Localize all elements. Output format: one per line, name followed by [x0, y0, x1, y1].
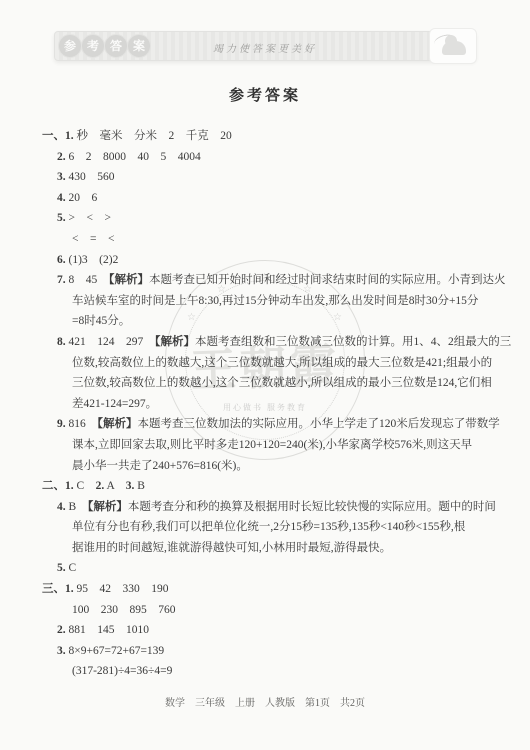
- answer-line: 9. 816 【解析】本题考查三位数加法的实际应用。小华上学走了120米后发现忘…: [0, 414, 530, 435]
- answer-text: 秒 毫米 分米 2 千克 20: [74, 130, 232, 142]
- answer-line: 5. > < >: [0, 208, 530, 229]
- answer-line: 4. B 【解析】本题考查分和秒的换算及根据用时长短比较快慢的实际应用。题中的时…: [0, 497, 530, 518]
- answer-text: > < >: [66, 212, 111, 224]
- answer-text: 本题考查已知开始时间和经过时间求结束时间的实际应用。小青到达火: [149, 274, 506, 286]
- answer-item-number: 5.: [57, 562, 66, 574]
- answer-text: 车站候车室的时间是上午8:30,再过15分钟动车出发,那么出发时间是8时30分+…: [72, 295, 478, 307]
- answer-line: < = <: [0, 229, 530, 250]
- answer-line: 单位有分也有秒,我们可以把单位化统一,2分15秒=135秒,135秒<140秒<…: [0, 517, 530, 538]
- answers: 一、1. 秒 毫米 分米 2 千克 202. 6 2 8000 40 5 400…: [0, 126, 530, 682]
- answer-text: 三位数,较高数位上的数越小,这个三位数就越小,所以组成的最小三位数是124,它们…: [72, 377, 492, 389]
- answer-text: B: [134, 480, 145, 492]
- answer-text: 20 6: [66, 192, 98, 204]
- answer-item-number: 6.: [57, 254, 66, 266]
- answer-line: 三、1. 95 42 330 190: [0, 579, 530, 600]
- header-banner: 参考答案 竭力使答案更美好: [54, 31, 476, 61]
- answer-line: 2. 881 145 1010: [0, 620, 530, 641]
- answer-item-number: 9.: [57, 418, 66, 430]
- answer-text: C: [74, 480, 96, 492]
- answer-line: 位数,较高数位上的数越大,这个三位数就越大,所以组成的最大三位数是421;组最小…: [0, 353, 530, 374]
- cloud-corner-box: [429, 28, 477, 64]
- answer-line: =8时45分。: [0, 311, 530, 332]
- answer-line: 三位数,较高数位上的数越小,这个三位数就越小,所以组成的最小三位数是124,它们…: [0, 373, 530, 394]
- answer-line: 7. 8 45 【解析】本题考查已知开始时间和经过时间求结束时间的实际应用。小青…: [0, 270, 530, 291]
- answer-item-number: 4.: [57, 192, 66, 204]
- answer-text: 晨小华一共走了240+576=816(米)。: [72, 460, 248, 472]
- answer-text: 本题考查组数和三位数减三位数的计算。用1、4、2组最大的三: [195, 336, 511, 348]
- answer-item-number: 2.: [57, 624, 66, 636]
- answer-line: 100 230 895 760: [0, 600, 530, 621]
- answer-line: 晨小华一共走了240+576=816(米)。: [0, 456, 530, 477]
- answer-line: 5. C: [0, 558, 530, 579]
- answer-line: 据谁用的时间越短,谁就游得越快可知,小林用时最短,游得最快。: [0, 538, 530, 559]
- answer-line: 3. 430 560: [0, 167, 530, 188]
- answer-text: 881 145 1010: [66, 624, 149, 636]
- answer-item-number: 3.: [57, 171, 66, 183]
- answer-text: 95 42 330 190: [74, 583, 169, 595]
- answer-text: 据谁用的时间越短,谁就游得越快可知,小林用时最短,游得最快。: [72, 542, 391, 554]
- answer-text: 816: [66, 418, 98, 430]
- answer-item-number: 【解析】: [88, 501, 128, 513]
- answer-text: 本题考查三位数加法的实际应用。小华上学走了120米后发现忘了带数学: [138, 418, 500, 430]
- answer-text: 课本,立即回家去取,则比平时多走120+120=240(米),小华家离学校576…: [72, 439, 472, 451]
- answer-text: 430 560: [66, 171, 115, 183]
- answer-line: 8. 421 124 297 【解析】本题考查组数和三位数减三位数的计算。用1、…: [0, 332, 530, 353]
- answer-item-number: 二、1.: [42, 480, 74, 492]
- answer-text: =8时45分。: [72, 315, 130, 327]
- answer-item-number: 三、1.: [42, 583, 74, 595]
- answer-line: 4. 20 6: [0, 188, 530, 209]
- answer-line: 一、1. 秒 毫米 分米 2 千克 20: [0, 126, 530, 147]
- answer-item-number: 5.: [57, 212, 66, 224]
- answer-item-number: 2.: [57, 151, 66, 163]
- answer-text: 6 2 8000 40 5 4004: [66, 151, 201, 163]
- answer-line: (317-281)÷4=36÷4=9: [0, 661, 530, 682]
- answer-item-number: 3.: [57, 645, 66, 657]
- answer-text: 位数,较高数位上的数越大,这个三位数就越大,所以组成的最大三位数是421;组最小…: [72, 357, 492, 369]
- answer-line: 课本,立即回家去取,则比平时多走120+120=240(米),小华家离学校576…: [0, 435, 530, 456]
- answer-item-number: 2.: [96, 480, 105, 492]
- answer-text: 单位有分也有秒,我们可以把单位化统一,2分15秒=135秒,135秒<140秒<…: [72, 521, 465, 533]
- answer-line: 二、1. C 2. A 3. B: [0, 476, 530, 497]
- answer-text: < = <: [72, 233, 114, 245]
- answer-item-number: 【解析】: [155, 336, 195, 348]
- answer-text: 100 230 895 760: [72, 604, 176, 616]
- answer-item-number: 一、1.: [42, 130, 74, 142]
- answer-text: A: [104, 480, 125, 492]
- answer-text: 差421-124=297。: [72, 398, 157, 410]
- answer-text: 421 124 297: [66, 336, 155, 348]
- answer-line: 差421-124=297。: [0, 394, 530, 415]
- answer-item-number: 4.: [57, 501, 66, 513]
- header-slogan: 竭力使答案更美好: [55, 40, 475, 55]
- answer-text: 8 45: [66, 274, 109, 286]
- answer-line: 6. (1)3 (2)2: [0, 250, 530, 271]
- answer-item-number: 【解析】: [97, 418, 137, 430]
- answer-item-number: 【解析】: [109, 274, 149, 286]
- cloud-icon: [442, 41, 466, 55]
- answer-line: 2. 6 2 8000 40 5 4004: [0, 147, 530, 168]
- answer-item-number: 7.: [57, 274, 66, 286]
- answer-line: 车站候车室的时间是上午8:30,再过15分钟动车出发,那么出发时间是8时30分+…: [0, 291, 530, 312]
- answer-text: C: [66, 562, 77, 574]
- answer-text: 本题考查分和秒的换算及根据用时长短比较快慢的实际应用。题中的时间: [128, 501, 496, 513]
- answer-text: B: [66, 501, 88, 513]
- answer-text: 8×9+67=72+67=139: [66, 645, 165, 657]
- page-footer: 数学 三年级 上册 人教版 第1页 共2页: [0, 694, 530, 709]
- answer-text: (317-281)÷4=36÷4=9: [72, 665, 172, 677]
- answer-item-number: 8.: [57, 336, 66, 348]
- page-title: 参考答案: [0, 84, 530, 105]
- answer-line: 3. 8×9+67=72+67=139: [0, 641, 530, 662]
- answer-text: (1)3 (2)2: [66, 254, 119, 266]
